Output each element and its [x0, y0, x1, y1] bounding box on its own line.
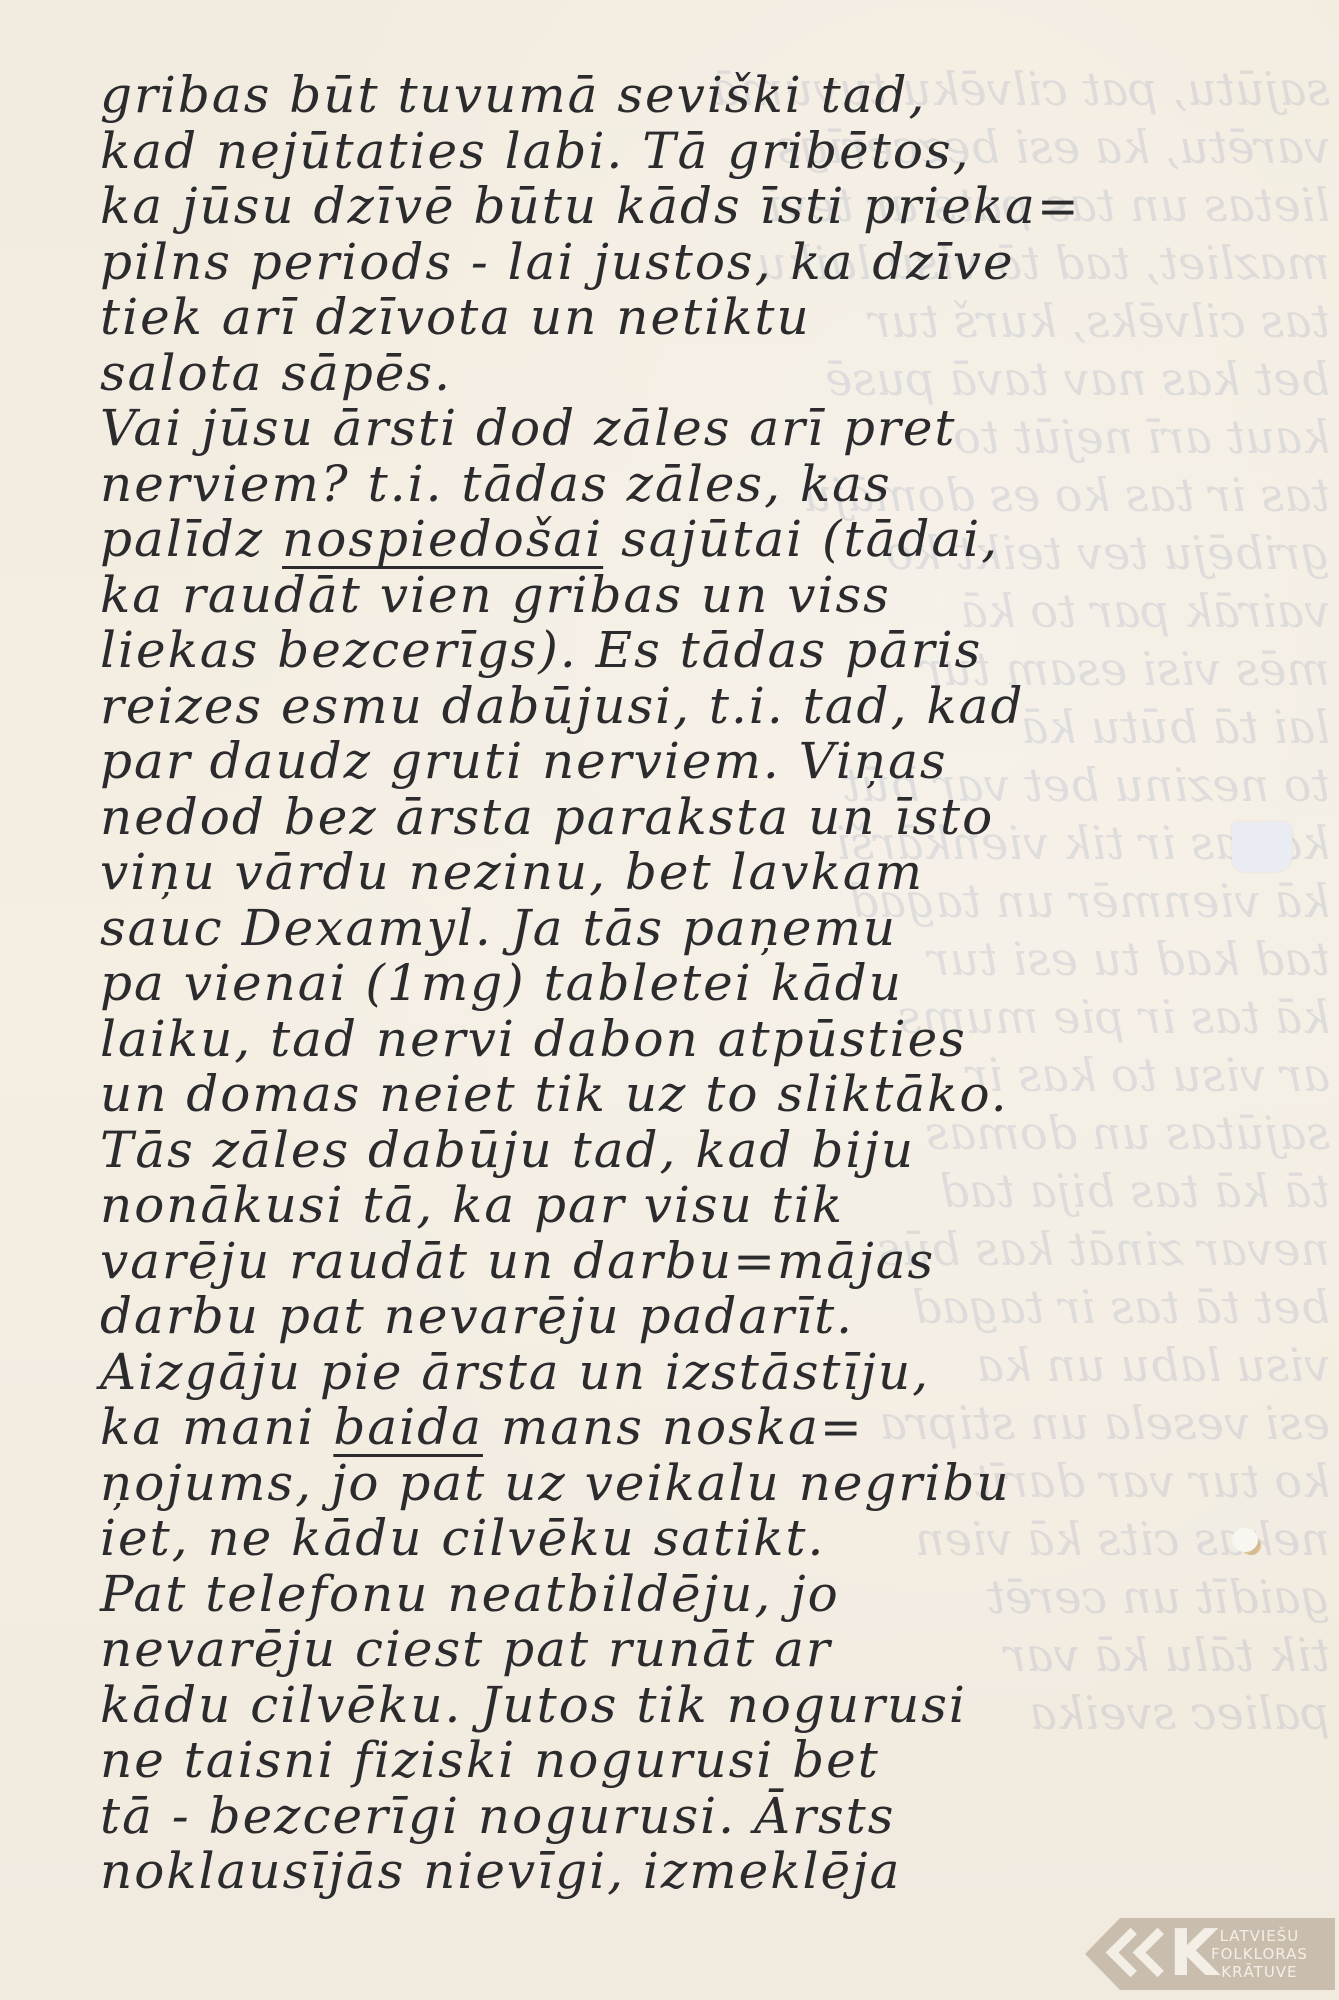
letter-line: nerviem? t.i. tādas zāles, kas	[100, 457, 1310, 513]
letter-line: ņojums, jo pat uz veikalu negribu	[100, 1456, 1310, 1512]
letter-line: tiek arī dzīvota un netiktu	[100, 290, 1310, 346]
logo-k-letter: K	[1169, 1920, 1219, 1988]
letter-page: sajūtu, pat cilvēku tuvumā varētu, ka es…	[0, 0, 1339, 2000]
letter-line: ne taisni fiziski nogurusi bet	[100, 1733, 1310, 1789]
letter-line: Vai jūsu ārsti dod zāles arī pret	[100, 401, 1310, 457]
underlined-word: baida	[333, 1398, 483, 1456]
letter-line: ka raudāt vien gribas un viss	[100, 568, 1310, 624]
letter-line: ka mani baida mans noska=	[100, 1400, 1310, 1456]
letter-line: tā - bezcerīgi nogurusi. Ārsts	[100, 1789, 1310, 1845]
letter-line: iet, ne kādu cilvēku satikt.	[100, 1511, 1310, 1567]
underlined-word: nospiedošai	[282, 510, 603, 568]
letter-line: darbu pat nevarēju padarīt.	[100, 1289, 1310, 1345]
letter-line: pa vienai (1mg) tabletei kādu	[100, 956, 1310, 1012]
letter-line: sauc Dexamyl. Ja tās paņemu	[100, 901, 1310, 957]
letter-text: sajūtai (tādai,	[603, 510, 999, 568]
paper-damage-spot	[1232, 1528, 1258, 1552]
letter-line: noklausījās nievīgi, izmeklēja	[100, 1844, 1310, 1900]
handwritten-letter-body: gribas būt tuvumā seviški tad, kad nejūt…	[100, 68, 1310, 1900]
logo-line: KRĀTUVE	[1211, 1963, 1308, 1981]
letter-line: par daudz gruti nerviem. Viņas	[100, 734, 1310, 790]
letter-line: laiku, tad nervi dabon atpūsties	[100, 1012, 1310, 1068]
logo-line: FOLKLORAS	[1211, 1945, 1308, 1963]
letter-line: ka jūsu dzīvē būtu kāds īsti prieka=	[100, 179, 1310, 235]
paper-tear-hole	[1232, 822, 1292, 872]
letter-text: palīdz	[100, 510, 282, 568]
letter-line: gribas būt tuvumā seviški tad,	[100, 68, 1310, 124]
letter-line: Aizgāju pie ārsta un izstāstīju,	[100, 1345, 1310, 1401]
letter-line: reizes esmu dabūjusi, t.i. tad, kad	[100, 679, 1310, 735]
letter-line: nedod bez ārsta paraksta un īsto	[100, 790, 1310, 846]
letter-line: Tās zāles dabūju tad, kad biju	[100, 1123, 1310, 1179]
letter-line: salota sāpēs.	[100, 346, 1310, 402]
letter-line: viņu vārdu nezinu, bet lavkam	[100, 845, 1310, 901]
letter-line: kādu cilvēku. Jutos tik nogurusi	[100, 1678, 1310, 1734]
letter-line: palīdz nospiedošai sajūtai (tādai,	[100, 512, 1310, 568]
letter-line: pilns periods - lai justos, ka dzīve	[100, 235, 1310, 291]
letter-line: Pat telefonu neatbildēju, jo	[100, 1567, 1310, 1623]
letter-line: un domas neiet tik uz to sliktāko.	[100, 1067, 1310, 1123]
archive-watermark-logo: K LATVIEŠU FOLKLORAS KRĀTUVE	[1085, 1918, 1335, 1990]
letter-line: nonākusi tā, ka par visu tik	[100, 1178, 1310, 1234]
letter-line: varēju raudāt un darbu=mājas	[100, 1234, 1310, 1290]
letter-text: ka mani	[100, 1398, 333, 1456]
logo-line: LATVIEŠU	[1211, 1927, 1308, 1945]
logo-wordmark: LATVIEŠU FOLKLORAS KRĀTUVE	[1205, 1927, 1308, 1981]
letter-line: kad nejūtaties labi. Tā gribētos,	[100, 124, 1310, 180]
letter-text: mans noska=	[483, 1398, 864, 1456]
letter-line: nevarēju ciest pat runāt ar	[100, 1622, 1310, 1678]
logo-chevron-k-icon: K	[1085, 1918, 1205, 1990]
letter-line: liekas bezcerīgs). Es tādas pāris	[100, 623, 1310, 679]
